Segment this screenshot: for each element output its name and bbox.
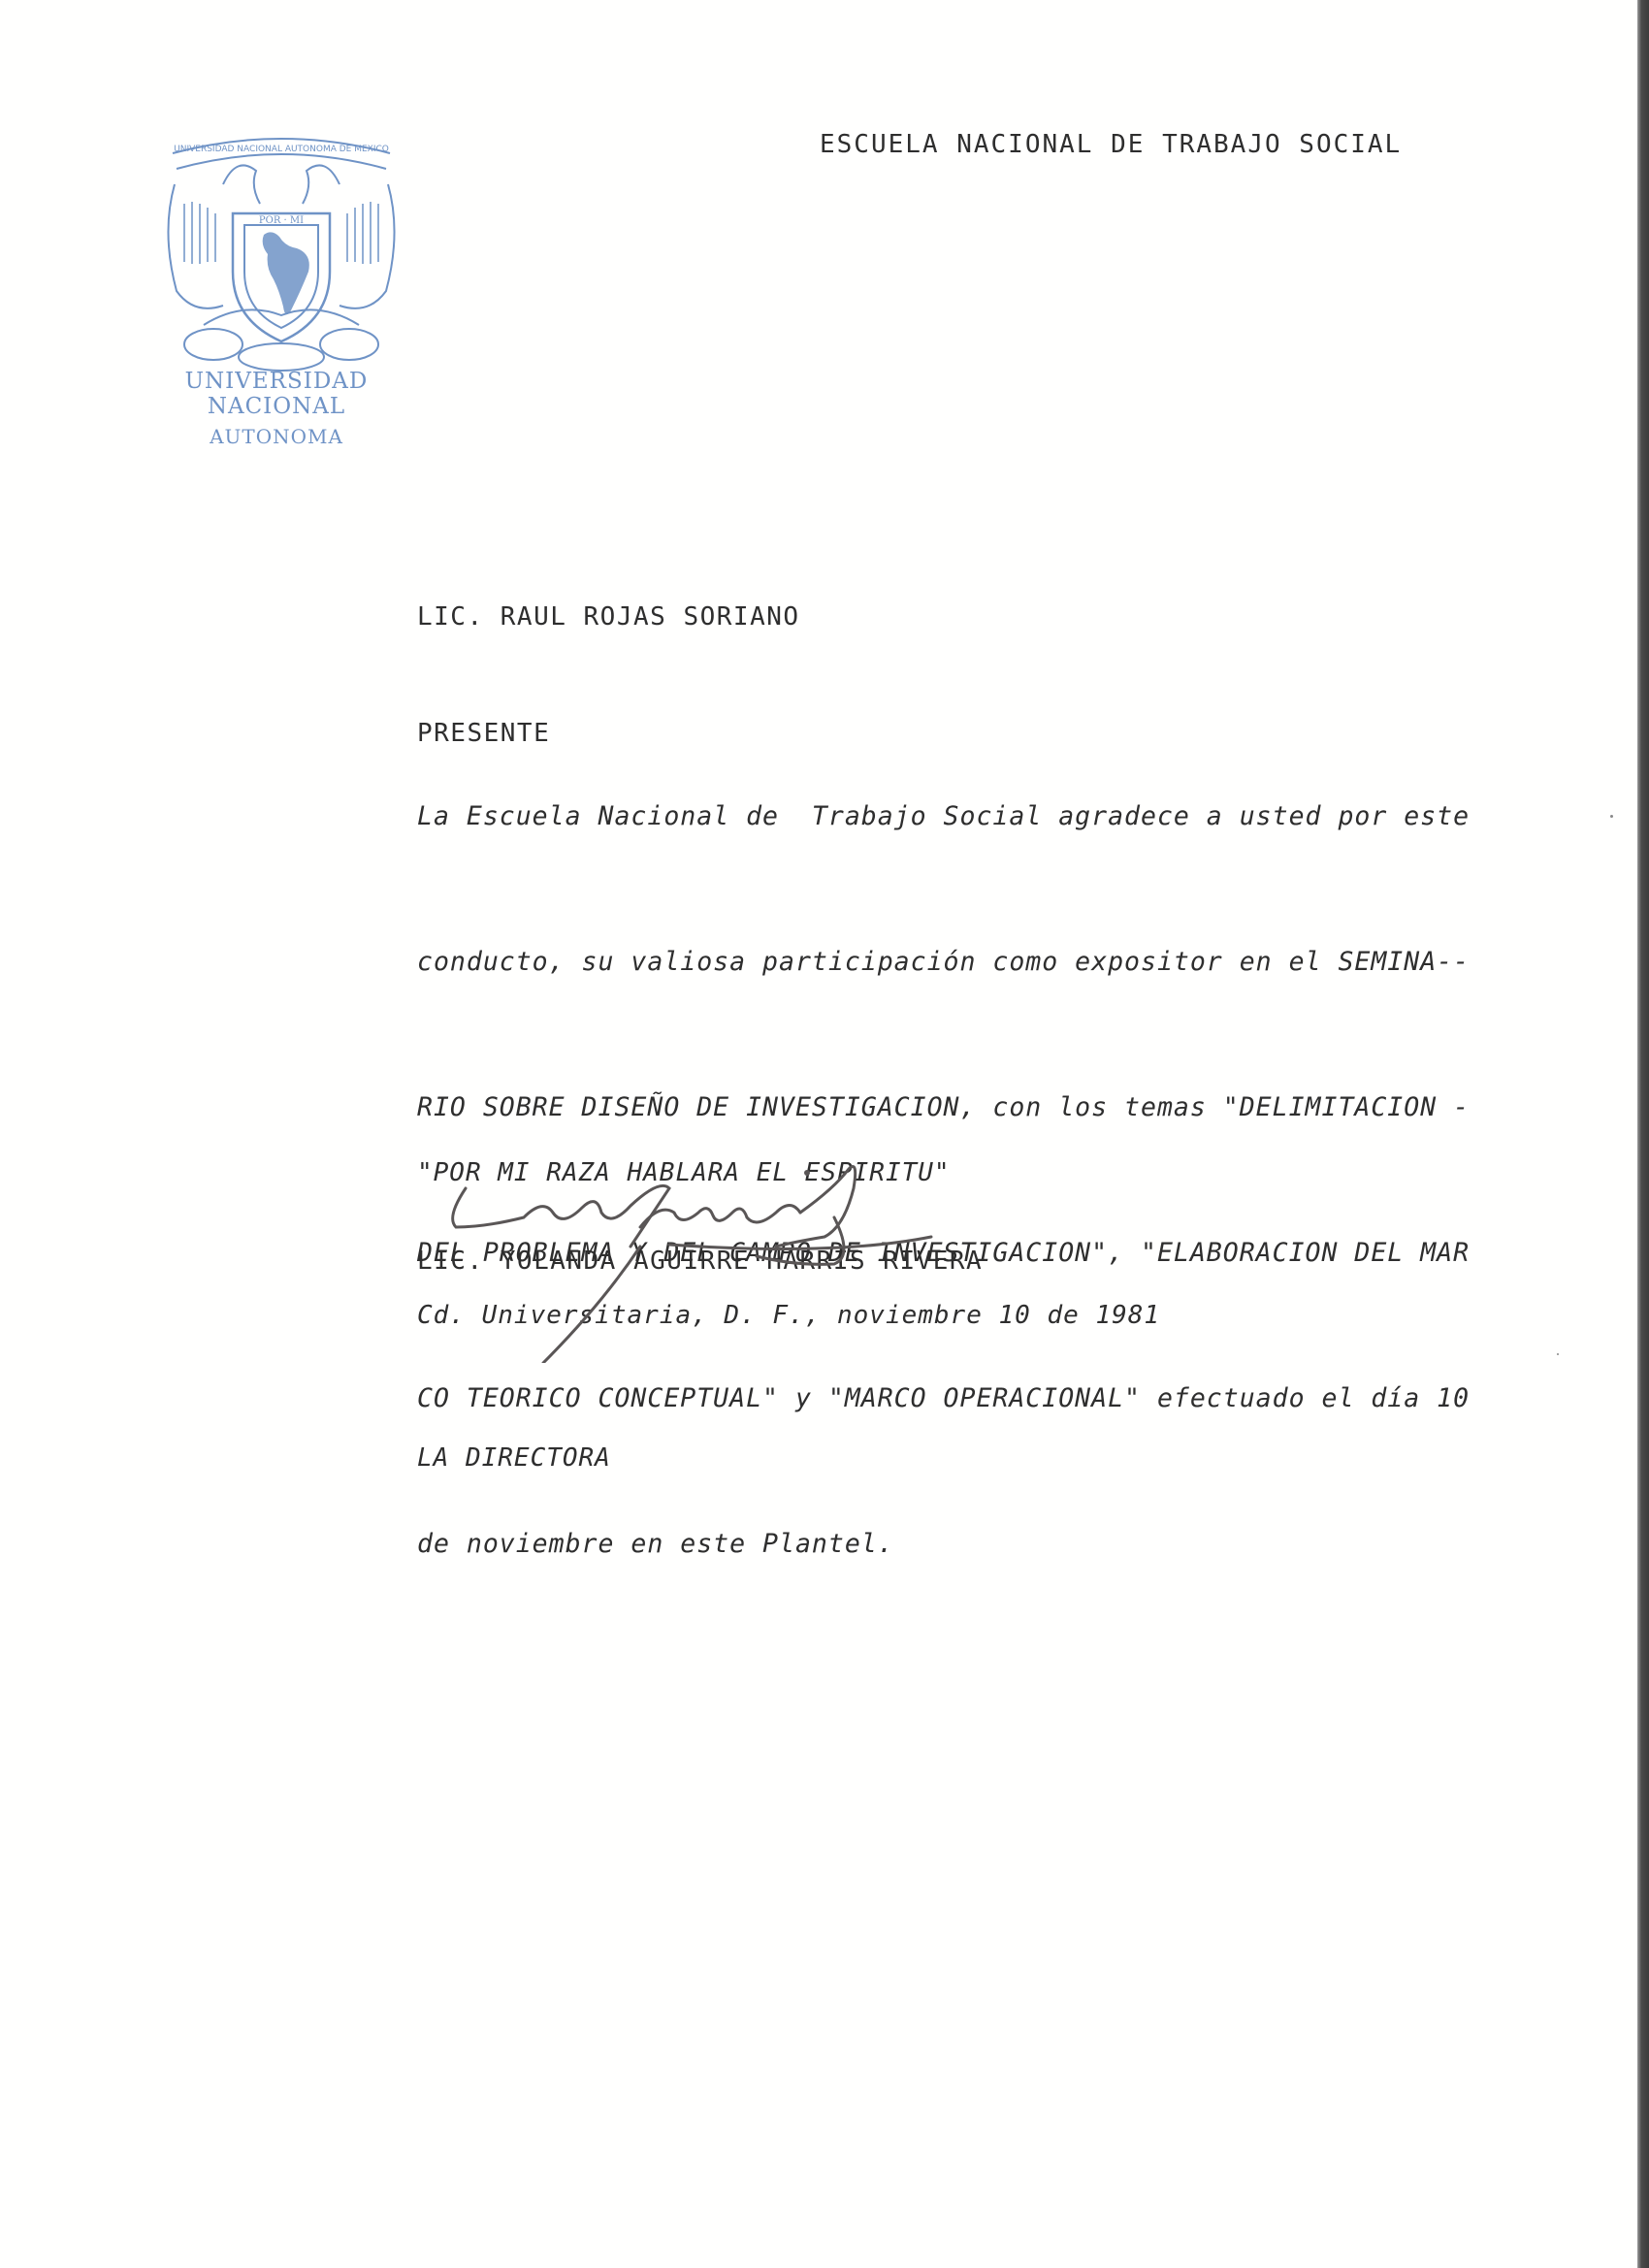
recipient-name: LIC. RAUL ROJAS SORIANO [417, 598, 800, 636]
seal-caption-line1: UNIVERSIDAD NACIONAL [136, 369, 417, 419]
body-line: La Escuela Nacional de Trabajo Social ag… [417, 793, 1465, 841]
scan-speck [1610, 815, 1613, 818]
scanner-edge [1637, 0, 1649, 2268]
body-line: conducto, su valiosa participación como … [417, 938, 1465, 987]
motto: "POR MI RAZA HABLARA EL ESPIRITU" [417, 1150, 1160, 1197]
letter-page: POR · MI UNIVERSIDAD NACIONAL AUTONOMA D… [0, 0, 1637, 2268]
unam-seal-icon: POR · MI UNIVERSIDAD NACIONAL AUTONOMA D… [155, 126, 407, 378]
seal-caption-line2: AUTONOMA [136, 425, 417, 448]
svg-text:POR · MI: POR · MI [259, 215, 304, 226]
signer-role: LA DIRECTORA [417, 1435, 1160, 1482]
signer-name: LIC. YOLANDA AGUIRRE HARRIS RIVERA [417, 1247, 983, 1276]
institution-header: ESCUELA NACIONAL DE TRABAJO SOCIAL [820, 130, 1402, 159]
scan-speck [1557, 1353, 1559, 1355]
svg-text:UNIVERSIDAD NACIONAL AUTONOMA: UNIVERSIDAD NACIONAL AUTONOMA DE MEXICO [174, 145, 389, 154]
closing-block: "POR MI RAZA HABLARA EL ESPIRITU" Cd. Un… [417, 1054, 1160, 1577]
seal-caption: UNIVERSIDAD NACIONAL AUTONOMA [136, 369, 417, 448]
place-date: Cd. Universitaria, D. F., noviembre 10 d… [417, 1292, 1160, 1340]
